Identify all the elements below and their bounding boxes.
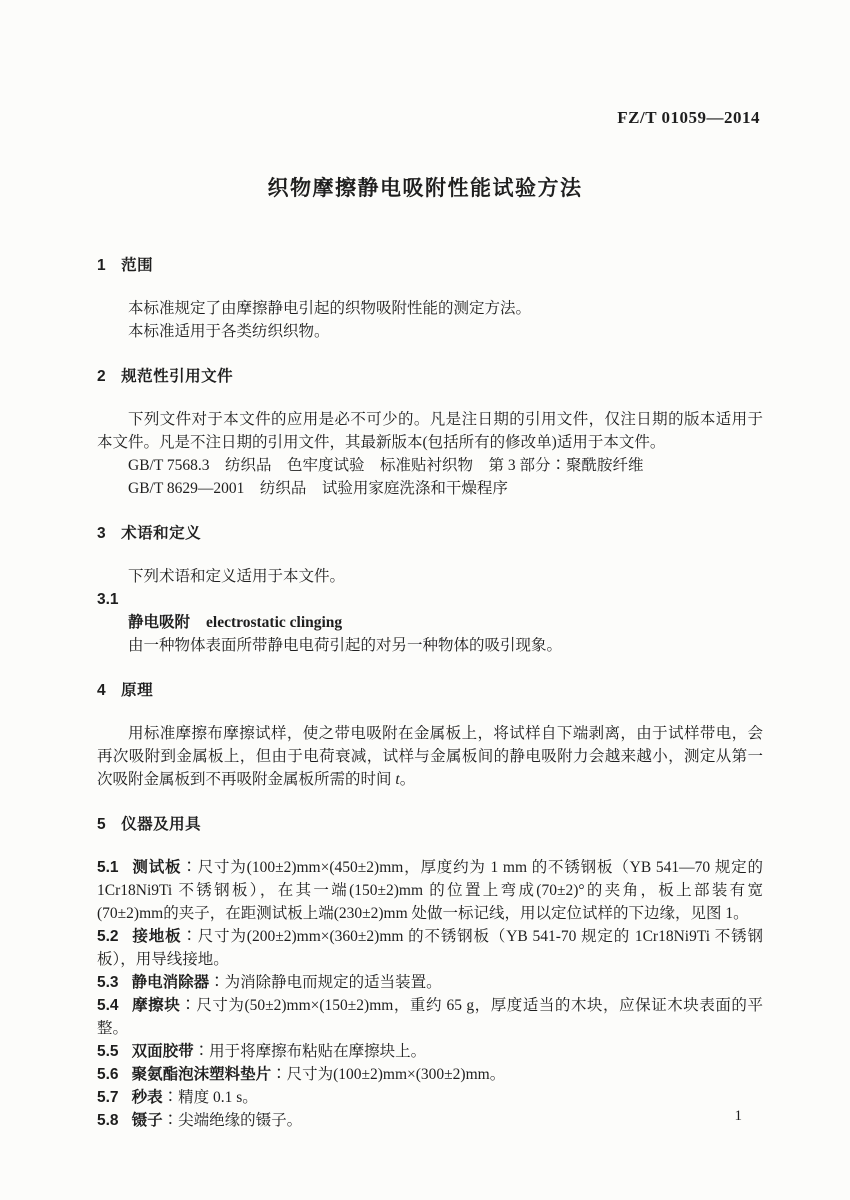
apparatus-name: 镊子 xyxy=(132,1112,163,1129)
apparatus-name: 聚氨酯泡沫塑料垫片 xyxy=(132,1066,272,1083)
principle-text: 用标准摩擦布摩擦试样，使之带电吸附在金属板上，将试样自下端剥离，由于试样带电，会… xyxy=(97,725,763,788)
principle-text-end: 。 xyxy=(400,771,416,788)
apparatus-name: 测试板 xyxy=(132,859,182,876)
apparatus-item: 5.2接地板∶尺寸为(200±2)mm×(360±2)mm 的不锈钢板（YB 5… xyxy=(97,925,763,971)
clause-number: 5.2 xyxy=(97,928,119,945)
section-5-title: 仪器及用具 xyxy=(121,816,201,833)
section-3-number: 3 xyxy=(97,525,106,542)
apparatus-description: ∶尺寸为(100±2)mm×(450±2)mm，厚度约为 1 mm 的不锈钢板（… xyxy=(97,859,763,922)
section-1-number: 1 xyxy=(97,257,106,274)
apparatus-item: 5.7秒表∶精度 0.1 s。 xyxy=(97,1086,763,1109)
apparatus-name: 秒表 xyxy=(132,1089,163,1106)
section-2-number: 2 xyxy=(97,368,106,385)
page-number: 1 xyxy=(735,1108,743,1125)
section-5-number: 5 xyxy=(97,816,106,833)
section-4-title: 原理 xyxy=(121,682,153,699)
document-body: 1范围 本标准规定了由摩擦静电引起的织物吸附性能的测定方法。 本标准适用于各类纺… xyxy=(97,252,763,1132)
reference-item-1: GB/T 7568.3 纺织品 色牢度试验 标准贴衬织物 第 3 部分∶聚酰胺纤… xyxy=(97,454,763,477)
normative-references-intro: 下列文件对于本文件的应用是必不可少的。凡是注日期的引用文件，仅注日期的版本适用于… xyxy=(97,408,763,454)
apparatus-description: ∶尖端绝缘的镊子。 xyxy=(163,1112,303,1129)
apparatus-description: ∶用于将摩擦布粘贴在摩擦块上。 xyxy=(194,1043,427,1060)
apparatus-description: ∶尺寸为(50±2)mm×(150±2)mm，重约 65 g，厚度适当的木块，应… xyxy=(97,997,763,1037)
reference-item-2: GB/T 8629—2001 纺织品 试验用家庭洗涤和干燥程序 xyxy=(97,477,763,500)
apparatus-description: ∶为消除静电而规定的适当装置。 xyxy=(209,974,442,991)
section-1-title: 范围 xyxy=(121,257,153,274)
term-clause-number: 3.1 xyxy=(97,588,763,611)
term-chinese: 静电吸附 xyxy=(128,614,190,631)
section-5-heading: 5仪器及用具 xyxy=(97,813,763,836)
apparatus-name: 静电消除器 xyxy=(132,974,210,991)
apparatus-item: 5.5双面胶带∶用于将摩擦布粘贴在摩擦块上。 xyxy=(97,1040,763,1063)
apparatus-item: 5.6聚氨酯泡沫塑料垫片∶尺寸为(100±2)mm×(300±2)mm。 xyxy=(97,1063,763,1086)
clause-number: 5.7 xyxy=(97,1089,119,1106)
section-3-title: 术语和定义 xyxy=(121,525,201,542)
apparatus-description: ∶精度 0.1 s。 xyxy=(163,1089,258,1106)
terms-intro: 下列术语和定义适用于本文件。 xyxy=(97,565,763,588)
apparatus-name: 双面胶带 xyxy=(132,1043,194,1060)
clause-number: 5.6 xyxy=(97,1066,119,1083)
apparatus-name: 摩擦块 xyxy=(132,997,181,1014)
document-title: 织物摩擦静电吸附性能试验方法 xyxy=(0,172,850,202)
apparatus-item: 5.1测试板∶尺寸为(100±2)mm×(450±2)mm，厚度约为 1 mm … xyxy=(97,856,763,925)
principle-paragraph: 用标准摩擦布摩擦试样，使之带电吸附在金属板上，将试样自下端剥离，由于试样带电，会… xyxy=(97,722,763,791)
section-4-number: 4 xyxy=(97,682,106,699)
document-page: FZ/T 01059—2014 织物摩擦静电吸附性能试验方法 1范围 本标准规定… xyxy=(0,0,850,1200)
section-4-heading: 4原理 xyxy=(97,679,763,702)
scope-paragraph-2: 本标准适用于各类纺织织物。 xyxy=(97,320,763,343)
term-entry: 静电吸附electrostatic clinging xyxy=(97,611,763,634)
clause-number: 5.5 xyxy=(97,1043,119,1060)
apparatus-item: 5.3静电消除器∶为消除静电而规定的适当装置。 xyxy=(97,971,763,994)
clause-number: 5.1 xyxy=(97,859,119,876)
standard-code: FZ/T 01059—2014 xyxy=(617,108,760,128)
term-english: electrostatic clinging xyxy=(206,614,342,631)
scope-paragraph-1: 本标准规定了由摩擦静电引起的织物吸附性能的测定方法。 xyxy=(97,297,763,320)
apparatus-description: ∶尺寸为(200±2)mm×(360±2)mm 的不锈钢板（YB 541-70 … xyxy=(97,928,763,968)
section-3-heading: 3术语和定义 xyxy=(97,522,763,545)
clause-number: 5.4 xyxy=(97,997,119,1014)
section-1-heading: 1范围 xyxy=(97,254,763,277)
clause-number: 5.8 xyxy=(97,1112,119,1129)
apparatus-item: 5.8镊子∶尖端绝缘的镊子。 xyxy=(97,1109,763,1132)
term-definition: 由一种物体表面所带静电电荷引起的对另一种物体的吸引现象。 xyxy=(97,634,763,657)
apparatus-name: 接地板 xyxy=(132,928,182,945)
section-2-title: 规范性引用文件 xyxy=(121,368,233,385)
apparatus-item: 5.4摩擦块∶尺寸为(50±2)mm×(150±2)mm，重约 65 g，厚度适… xyxy=(97,994,763,1040)
clause-number: 5.3 xyxy=(97,974,119,991)
apparatus-description: ∶尺寸为(100±2)mm×(300±2)mm。 xyxy=(271,1066,505,1083)
section-2-heading: 2规范性引用文件 xyxy=(97,365,763,388)
